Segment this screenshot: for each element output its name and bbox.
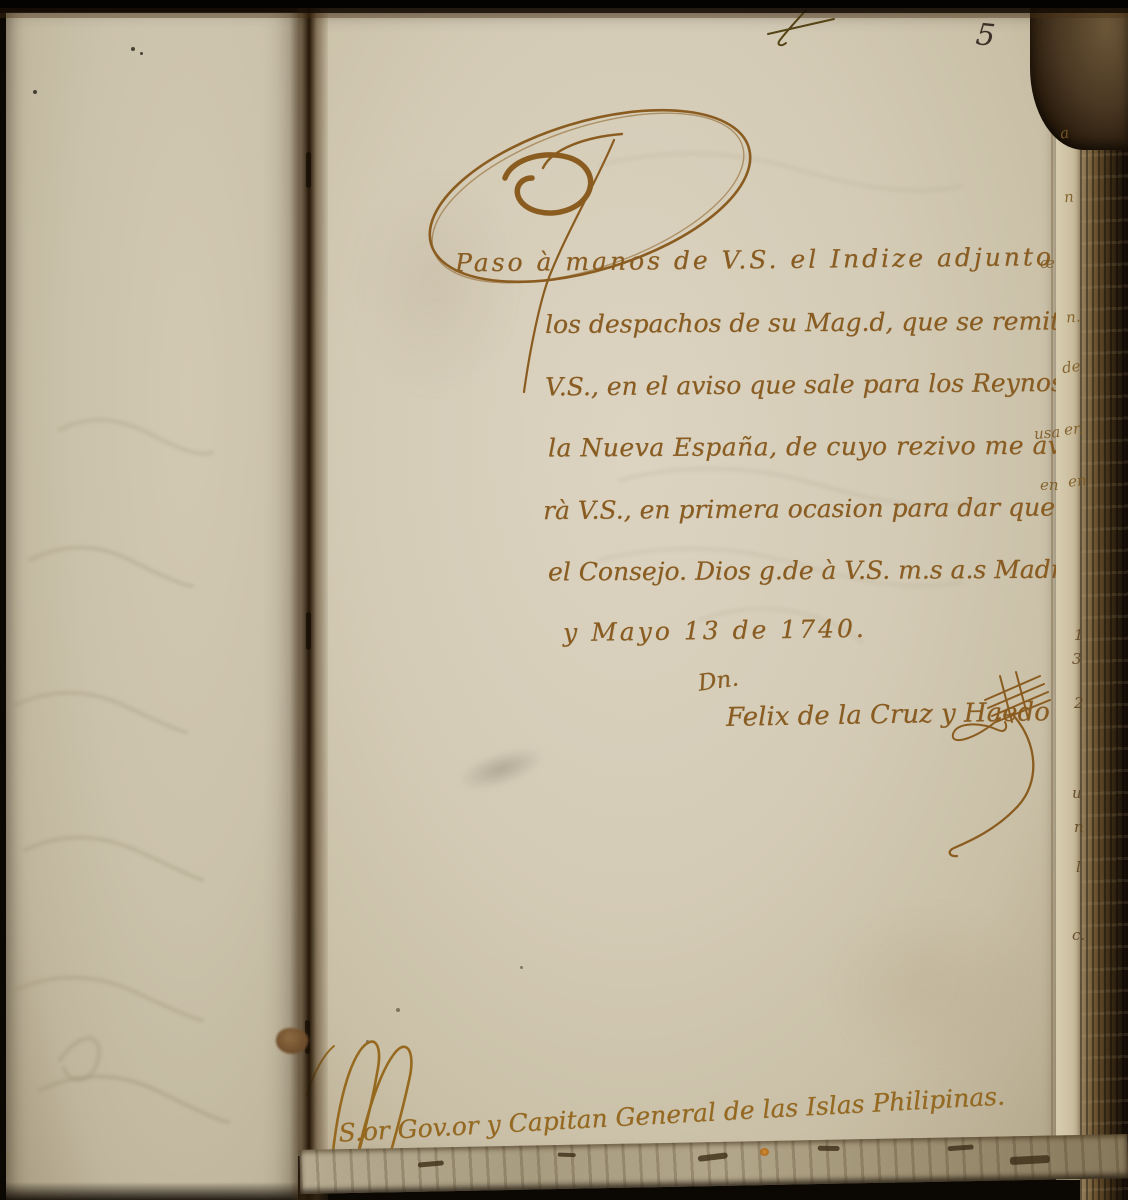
book-fore-edge <box>1080 0 1128 1200</box>
edge-fragment: œ <box>1040 254 1055 272</box>
bottom-edge-mark <box>818 1146 840 1151</box>
letter-line: rà V.S., en primera ocasion para dar que… <box>543 492 1128 525</box>
bottom-edge-mark <box>558 1153 576 1158</box>
edge-fragment: l <box>1076 858 1081 876</box>
letter-line: y Mayo 13 de 1740. <box>563 614 867 647</box>
edge-fragment: 1 <box>1074 626 1084 644</box>
left-page-bottom-shadow <box>6 1182 298 1200</box>
ink-speck <box>366 1040 369 1043</box>
edge-fragment: n. <box>1065 307 1081 326</box>
letter-line: V.S., en el aviso que sale para los Reyn… <box>545 368 1103 402</box>
letter-line: la Nueva España, de cuyo rezivo me avisa… <box>548 431 1109 463</box>
photo-top-edge <box>0 0 1128 24</box>
manuscript-photo: Paso à manos de V.S. el Indize adjunto d… <box>0 0 1128 1200</box>
ink-speck <box>33 90 37 94</box>
page-crease <box>1051 55 1053 1140</box>
ink-speck <box>396 1008 400 1012</box>
edge-fragment: en <box>1040 476 1059 494</box>
edge-fragment: en <box>1067 471 1087 491</box>
edge-fragment: u <box>1072 784 1082 802</box>
wax-speck <box>760 1148 769 1156</box>
left-page <box>6 12 298 1200</box>
edge-fragment: n <box>1063 188 1074 207</box>
gutter-stitch <box>306 152 311 188</box>
ink-speck <box>520 966 523 969</box>
edge-fragment: n <box>1074 818 1084 836</box>
signature-name: Felix de la Cruz y Haedo <box>726 697 1050 733</box>
ink-speck <box>131 47 135 51</box>
letter-line: el Consejo. Dios g.de à V.S. m.s a.s Mad… <box>548 555 1087 587</box>
edge-fragment: usa <box>1033 423 1061 443</box>
edge-fragment: c. <box>1072 926 1085 944</box>
fore-edge-streaks <box>1080 0 1128 1200</box>
edge-fragment: de <box>1061 357 1082 377</box>
ink-speck <box>140 52 143 55</box>
edge-fragment: 2 <box>1074 694 1084 712</box>
letter-line: los despachos de su Mag.d, que se remite… <box>545 306 1114 339</box>
gutter-stitch <box>306 612 311 650</box>
edge-fragment: er. <box>1063 419 1084 439</box>
edge-fragment: 3 <box>1072 650 1082 668</box>
